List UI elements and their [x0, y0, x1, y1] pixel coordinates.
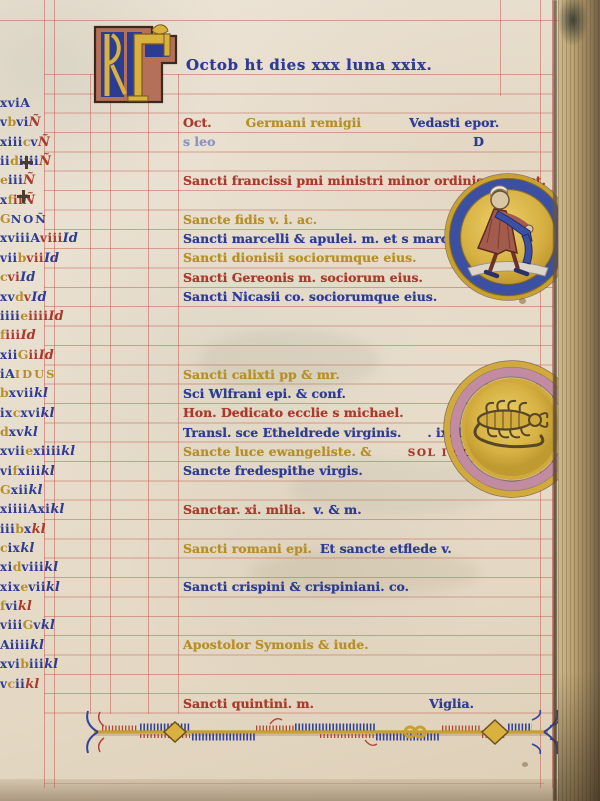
golden-number: iiii — [0, 309, 20, 323]
book-fore-edge — [558, 0, 600, 801]
calendar-row: cixkl — [0, 537, 558, 556]
dominical-letter: G — [0, 482, 11, 497]
dominical-letter: G — [23, 617, 34, 632]
dominical-letter: b — [0, 385, 9, 400]
calendar-row: iiiieiiiiId — [0, 305, 558, 324]
kalend-symbol: kl — [28, 483, 42, 498]
ruling-line — [0, 20, 558, 21]
page-crease — [553, 0, 557, 801]
golden-number: xvii — [0, 444, 25, 458]
day-count: vii — [26, 251, 44, 265]
calendar-row: xidviiiklSancti crispini & crispiniani. … — [0, 556, 558, 575]
golden-number: xix — [0, 580, 20, 594]
kalend-symbol: Ñ — [38, 135, 50, 150]
kalend-symbol: kl — [41, 406, 55, 421]
golden-number: xiiii — [0, 502, 28, 516]
dominical-letter: c — [0, 540, 8, 555]
maltese-cross-icon — [20, 156, 33, 169]
top-right-shadow — [558, 0, 588, 46]
page-bottom-edge — [0, 779, 558, 801]
golden-number: xvi — [0, 657, 20, 671]
golden-number: ix — [0, 406, 13, 420]
kalend-symbol: Id — [44, 251, 59, 266]
day-count: NOÑ — [11, 212, 48, 226]
ruling-line — [500, 0, 501, 96]
dominical-letter: e — [25, 443, 33, 458]
day-count: vi — [8, 270, 21, 284]
golden-number: x — [0, 193, 8, 207]
day-count: iiii — [28, 309, 48, 323]
kalend-symbol: kl — [61, 444, 75, 459]
day-count: xvi — [20, 406, 40, 420]
golden-number: xii — [0, 348, 18, 362]
day-count: xiiii — [33, 444, 61, 458]
dominical-letter: e — [0, 172, 8, 187]
dominical-letter: G — [18, 347, 29, 362]
kalend-symbol: kl — [30, 638, 44, 653]
kalend-symbol: kl — [41, 618, 55, 633]
kalend-symbol: kl — [25, 677, 39, 692]
day-count: xii — [11, 483, 29, 497]
day-count: x — [24, 522, 32, 536]
kalend-symbol: Ñ — [23, 173, 35, 188]
calendar-row: xixeviikl — [0, 576, 558, 595]
calendar-row: fvikl — [0, 595, 558, 614]
calendar-row: vciiklSancti quintini. m.Viglia. — [0, 673, 558, 692]
stain — [522, 762, 528, 767]
day-count: ii — [28, 348, 38, 362]
day-count: iii — [5, 328, 20, 342]
golden-number: xi — [0, 560, 13, 574]
dominical-letter: d — [0, 424, 9, 439]
golden-number: viii — [0, 618, 23, 632]
penwork-bar-icon — [80, 706, 560, 758]
corner-shadow — [558, 671, 600, 801]
calendar-row: xviAOct.Germani remigiiVedasti epor. — [0, 92, 558, 111]
kalend-symbol: kl — [32, 522, 46, 537]
day-count: ii — [15, 677, 25, 691]
golden-number: vii — [0, 251, 18, 265]
kalend-symbol: kl — [34, 386, 48, 401]
kalend-symbol: Ñ — [29, 115, 41, 130]
dominical-letter: A — [0, 637, 10, 652]
day-count: ix — [8, 541, 21, 555]
kalend-symbol: Id — [21, 328, 36, 343]
kalend-symbol: Id — [48, 309, 63, 324]
day-count: vi — [5, 599, 18, 613]
calendar-page: Octob ht dies xxx luna xxix. xviAOct.Ger… — [0, 0, 558, 801]
dominical-letter: A — [28, 501, 38, 516]
day-count: iiii — [10, 638, 30, 652]
dominical-letter: A — [5, 366, 15, 381]
golden-number: xv — [0, 290, 15, 304]
calendar-row: xiiiiAxikl — [0, 498, 558, 517]
kalend-symbol: kl — [44, 657, 58, 672]
calendar-row: Aiiiikl — [0, 634, 558, 653]
golden-number: xiii — [0, 135, 23, 149]
day-count: v — [33, 618, 40, 632]
kalend-symbol: Id — [63, 231, 78, 246]
dominical-letter: c — [7, 676, 15, 691]
kalend-symbol: Id — [39, 348, 54, 363]
calendar-row: viiiGvklApostolor Symonis & iude. — [0, 614, 558, 633]
day-count: vi — [16, 115, 29, 129]
kalend-symbol: kl — [41, 464, 55, 479]
day-count: iii — [29, 657, 44, 671]
golden-number: xvi — [0, 96, 20, 110]
calendar-row: iidiiiiÑSancti francissi pmi ministri mi… — [0, 150, 558, 169]
kalend-symbol: kl — [24, 425, 38, 440]
kalend-symbol: kl — [50, 502, 64, 517]
golden-number: vi — [0, 464, 13, 478]
day-count: xi — [38, 502, 51, 516]
dominical-letter: e — [20, 308, 28, 323]
calendar-row: xvibiiikl — [0, 653, 558, 672]
kalend-symbol: kl — [44, 560, 58, 575]
day-count: iii — [8, 173, 23, 187]
kalend-symbol: Id — [31, 290, 46, 305]
dominical-letter: b — [15, 521, 24, 536]
day-count: xv — [9, 425, 24, 439]
dominical-letter: A — [20, 95, 30, 110]
kalend-symbol: Ñ — [39, 154, 51, 169]
calendar-row: iiibxklSancti romani epi.Et sancte etfle… — [0, 518, 558, 537]
kalend-symbol: kl — [46, 580, 60, 595]
day-count: xiii — [18, 464, 41, 478]
maltese-cross-icon — [17, 190, 30, 203]
kalend-symbol: kl — [20, 541, 34, 556]
dominical-letter: c — [0, 269, 8, 284]
kalend-symbol: Id — [20, 270, 35, 285]
kalend-symbol: kl — [18, 599, 32, 614]
day-count: IDUS — [15, 367, 57, 381]
dominical-letter: d — [15, 289, 24, 304]
calendar-row: vbviÑs leoD — [0, 111, 558, 130]
day-count: xvii — [9, 386, 34, 400]
day-count: vii — [28, 580, 46, 594]
manuscript-photo: Octob ht dies xxx luna xxix. xviAOct.Ger… — [0, 0, 600, 801]
dominical-letter: G — [0, 211, 11, 226]
golden-number: iii — [0, 522, 15, 536]
day-count: v — [30, 135, 37, 149]
dominical-letter: d — [10, 153, 19, 168]
calendar-row: fiiiId — [0, 324, 558, 343]
day-count: viii — [21, 560, 44, 574]
day-count: viii — [40, 231, 63, 245]
dominical-letter: b — [20, 656, 29, 671]
calendar-row: xiiicvÑ — [0, 131, 558, 150]
dominical-letter: b — [7, 114, 16, 129]
dominical-letter: A — [30, 230, 40, 245]
golden-number: xviii — [0, 231, 30, 245]
month-title: Octob ht dies xxx luna xxix. — [186, 56, 432, 74]
golden-number: ii — [0, 154, 10, 168]
